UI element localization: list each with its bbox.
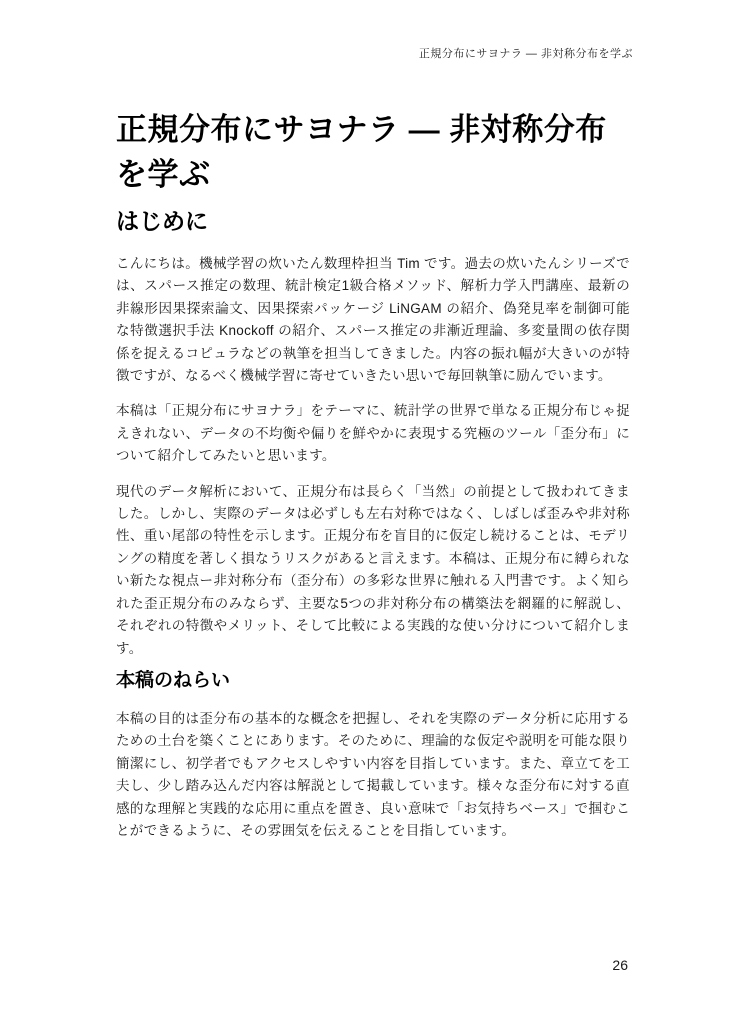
page-content: 正規分布にサヨナラ — 非対称分布を学ぶ はじめに こんにちは。機械学習の炊いた… [116,0,630,842]
article-title: 正規分布にサヨナラ — 非対称分布を学ぶ [116,0,630,197]
section-heading-introduction: はじめに [116,206,630,236]
paragraph-intro-2: 本稿は「正規分布にサヨナラ」をテーマに、統計学の世界で単なる正規分布じゃ捉えきれ… [116,400,630,467]
page-number: 26 [612,957,628,973]
section-heading-aim: 本稿のねらい [116,668,630,694]
paragraph-aim-1: 本稿の目的は歪分布の基本的な概念を把握し、それを実際のデータ分析に応用するための… [116,708,630,842]
paragraph-intro-3: 現代のデータ解析において、正規分布は長らく「当然」の前提として扱われてきました。… [116,481,630,660]
paragraph-intro-1: こんにちは。機械学習の炊いたん数理枠担当 Tim です。過去の炊いたんシリーズで… [116,253,630,387]
document-page: 正規分布にサヨナラ — 非対称分布を学ぶ 正規分布にサヨナラ — 非対称分布を学… [0,0,734,1024]
